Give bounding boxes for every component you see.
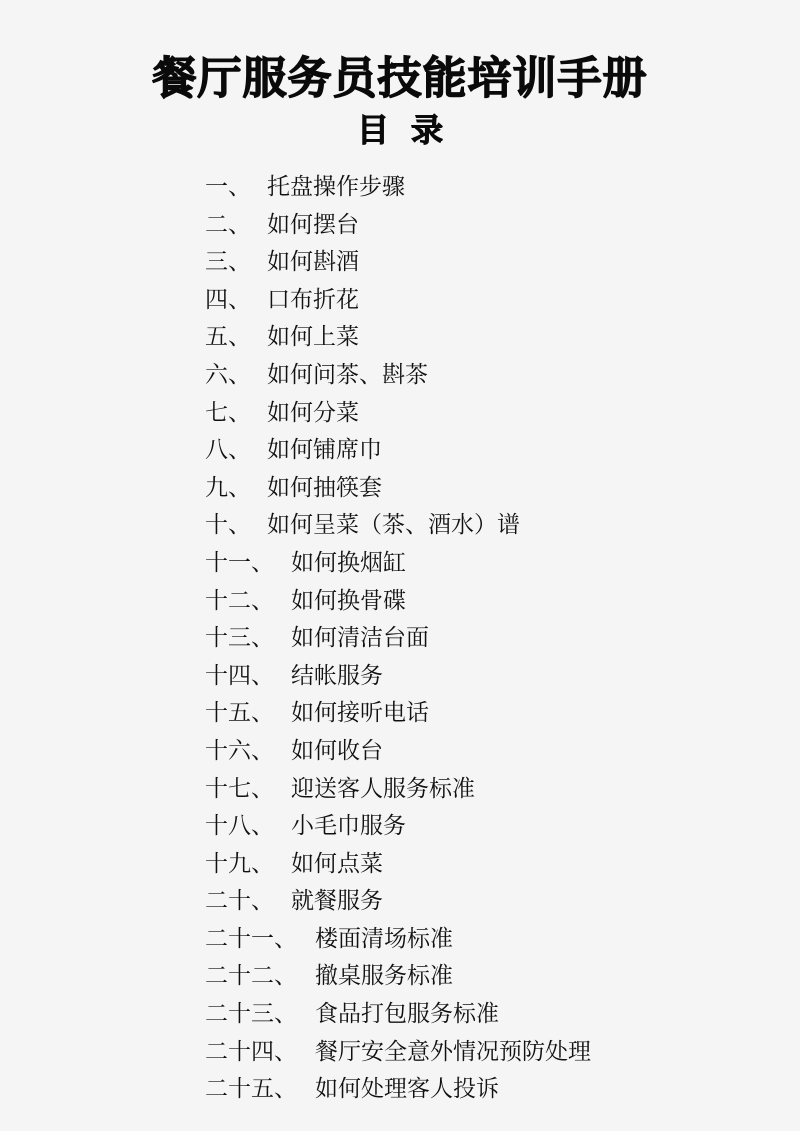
toc-item-number: 十五、 bbox=[205, 695, 291, 733]
toc-item: 四、口布折花 bbox=[205, 282, 591, 320]
toc-item-number: 十八、 bbox=[205, 808, 291, 846]
toc-item: 一、托盘操作步骤 bbox=[205, 169, 591, 207]
toc-item-number: 二十五、 bbox=[205, 1071, 315, 1109]
toc-item-label: 小毛巾服务 bbox=[291, 808, 406, 846]
toc-item-label: 口布折花 bbox=[267, 282, 359, 320]
toc-item-label: 如何换烟缸 bbox=[291, 545, 406, 583]
toc-item: 二十五、如何处理客人投诉 bbox=[205, 1071, 591, 1109]
toc-item: 二十三、食品打包服务标准 bbox=[205, 996, 591, 1034]
toc-item: 十三、如何清洁台面 bbox=[205, 620, 591, 658]
toc-item: 三、如何斟酒 bbox=[205, 244, 591, 282]
toc-item: 二、如何摆台 bbox=[205, 207, 591, 245]
toc-item-number: 十、 bbox=[205, 507, 267, 545]
toc-item-label: 迎送客人服务标准 bbox=[291, 771, 475, 809]
toc-item-number: 八、 bbox=[205, 432, 267, 470]
toc-item-label: 如何摆台 bbox=[267, 207, 359, 245]
toc-item-number: 十七、 bbox=[205, 771, 291, 809]
toc-item: 十九、如何点菜 bbox=[205, 846, 591, 884]
toc-item: 十六、如何收台 bbox=[205, 733, 591, 771]
toc-item: 十二、如何换骨碟 bbox=[205, 583, 591, 621]
toc-item-number: 二十一、 bbox=[205, 921, 315, 959]
toc-item-label: 如何换骨碟 bbox=[291, 583, 406, 621]
toc-item: 九、如何抽筷套 bbox=[205, 470, 591, 508]
toc-item: 二十、就餐服务 bbox=[205, 883, 591, 921]
toc-item-number: 二十三、 bbox=[205, 996, 315, 1034]
toc-item: 八、如何铺席巾 bbox=[205, 432, 591, 470]
toc-item: 二十四、餐厅安全意外情况预防处理 bbox=[205, 1034, 591, 1072]
toc-item-number: 十四、 bbox=[205, 658, 291, 696]
toc-item-number: 三、 bbox=[205, 244, 267, 282]
toc-item: 十七、迎送客人服务标准 bbox=[205, 771, 591, 809]
toc-item-number: 十二、 bbox=[205, 583, 291, 621]
toc-item-label: 撤桌服务标准 bbox=[315, 958, 453, 996]
toc-item-number: 一、 bbox=[205, 169, 267, 207]
toc-item: 十、如何呈菜（茶、酒水）谱 bbox=[205, 507, 591, 545]
toc-item-label: 如何分菜 bbox=[267, 395, 359, 433]
toc-item-number: 九、 bbox=[205, 470, 267, 508]
toc-item-number: 二、 bbox=[205, 207, 267, 245]
toc-item-number: 十一、 bbox=[205, 545, 291, 583]
toc-item-label: 餐厅安全意外情况预防处理 bbox=[315, 1034, 591, 1072]
toc-item-number: 十三、 bbox=[205, 620, 291, 658]
toc-item: 七、如何分菜 bbox=[205, 395, 591, 433]
toc-item: 二十一、楼面清场标准 bbox=[205, 921, 591, 959]
toc-item-number: 二十二、 bbox=[205, 958, 315, 996]
toc-item-number: 五、 bbox=[205, 319, 267, 357]
toc-item-label: 如何问茶、斟茶 bbox=[267, 357, 428, 395]
toc-item-label: 如何抽筷套 bbox=[267, 470, 382, 508]
toc-item-label: 如何铺席巾 bbox=[267, 432, 382, 470]
toc-item-label: 食品打包服务标准 bbox=[315, 996, 499, 1034]
toc-item-label: 托盘操作步骤 bbox=[267, 169, 405, 207]
toc-heading: 目录 bbox=[0, 108, 800, 152]
toc-item-label: 楼面清场标准 bbox=[315, 921, 453, 959]
toc-item-label: 就餐服务 bbox=[291, 883, 383, 921]
toc-item: 六、如何问茶、斟茶 bbox=[205, 357, 591, 395]
toc-item-label: 如何点菜 bbox=[291, 846, 383, 884]
toc-item: 十四、结帐服务 bbox=[205, 658, 591, 696]
toc-item-number: 十九、 bbox=[205, 846, 291, 884]
toc-item-label: 如何斟酒 bbox=[267, 244, 359, 282]
table-of-contents: 一、托盘操作步骤 二、如何摆台 三、如何斟酒 四、口布折花 五、如何上菜 六、如… bbox=[205, 169, 591, 1109]
toc-item-number: 二十、 bbox=[205, 883, 291, 921]
toc-item-number: 十六、 bbox=[205, 733, 291, 771]
toc-item-number: 六、 bbox=[205, 357, 267, 395]
toc-item: 二十二、撤桌服务标准 bbox=[205, 958, 591, 996]
toc-item-label: 如何处理客人投诉 bbox=[315, 1071, 499, 1109]
toc-item-label: 如何呈菜（茶、酒水）谱 bbox=[267, 507, 520, 545]
toc-item-label: 如何上菜 bbox=[267, 319, 359, 357]
document-title: 餐厅服务员技能培训手册 bbox=[0, 51, 800, 107]
toc-heading-char-2: 录 bbox=[411, 108, 443, 152]
toc-item: 十八、小毛巾服务 bbox=[205, 808, 591, 846]
toc-item-label: 如何收台 bbox=[291, 733, 383, 771]
toc-item-label: 如何清洁台面 bbox=[291, 620, 429, 658]
toc-item-number: 二十四、 bbox=[205, 1034, 315, 1072]
toc-heading-char-1: 目 bbox=[357, 108, 389, 152]
toc-item-number: 七、 bbox=[205, 395, 267, 433]
toc-item: 十五、如何接听电话 bbox=[205, 695, 591, 733]
toc-item-label: 结帐服务 bbox=[291, 658, 383, 696]
toc-item: 五、如何上菜 bbox=[205, 319, 591, 357]
toc-item-number: 四、 bbox=[205, 282, 267, 320]
toc-item: 十一、如何换烟缸 bbox=[205, 545, 591, 583]
toc-item-label: 如何接听电话 bbox=[291, 695, 429, 733]
